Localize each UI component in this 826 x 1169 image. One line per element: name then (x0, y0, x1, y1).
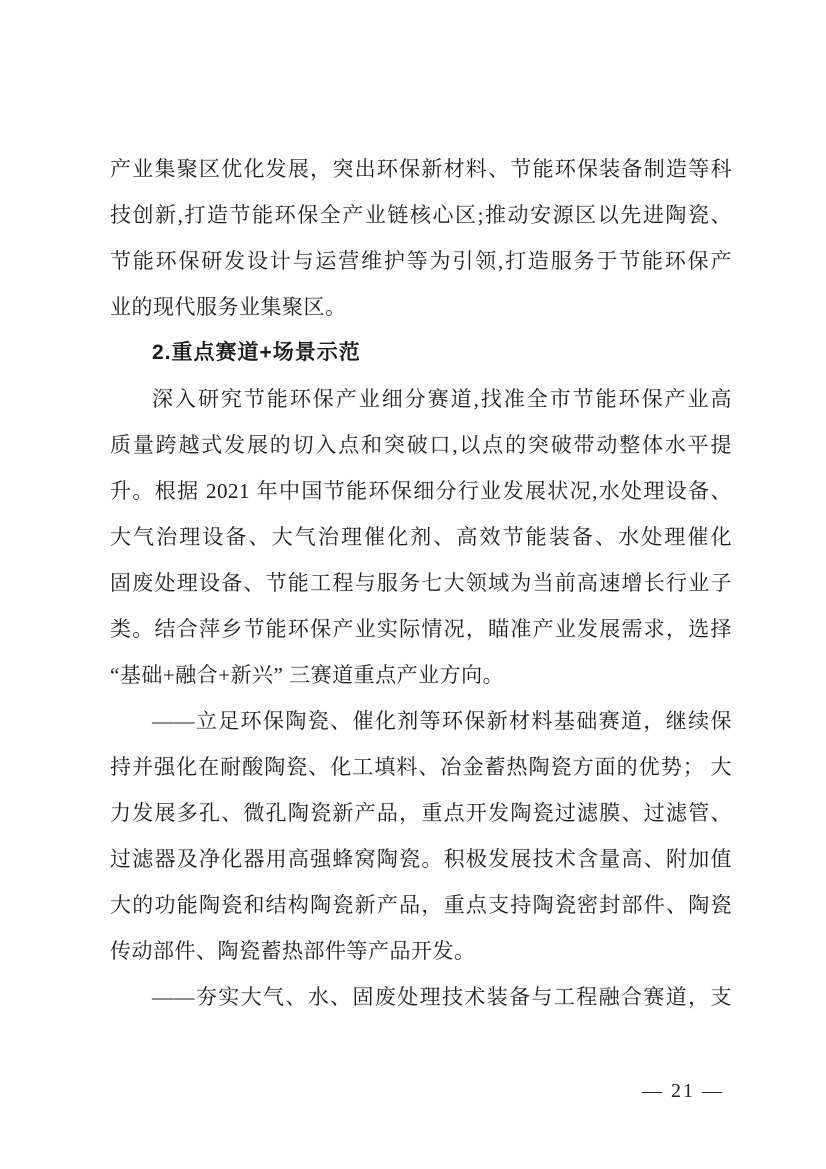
paragraph4-line-1: ——夯实大气、水、固废处理技术装备与工程融合赛道，支 (110, 974, 732, 1020)
page-number: — 21 — (642, 1080, 724, 1103)
paragraph2-line-2: 质量跨越式发展的切入点和突破口,以点的突破带动整体水平提 (110, 422, 732, 468)
paragraph2-line-3: 升。根据 2021 年中国节能环保细分行业发展状况,水处理设备、 (110, 468, 732, 514)
paragraph3-line-4: 过滤器及净化器用高强蜂窝陶瓷。积极发展技术含量高、附加值 (110, 836, 732, 882)
paragraph2-line-1: 深入研究节能环保产业细分赛道,找准全市节能环保产业高 (110, 376, 732, 422)
paragraph3-line-5: 大的功能陶瓷和结构陶瓷新产品，重点支持陶瓷密封部件、陶瓷 (110, 882, 732, 928)
body-text: 产业集聚区优化发展，突出环保新材料、节能环保装备制造等科 技创新,打造节能环保全… (110, 146, 732, 1020)
paragraph3-line-2: 持并强化在耐酸陶瓷、化工填料、冶金蓄热陶瓷方面的优势； 大 (110, 744, 732, 790)
document-page: 产业集聚区优化发展，突出环保新材料、节能环保装备制造等科 技创新,打造节能环保全… (0, 0, 826, 1169)
paragraph2-line-4: 大气治理设备、大气治理催化剂、高效节能装备、水处理催化剂、 (110, 514, 732, 560)
paragraph3-line-6: 传动部件、陶瓷蓄热部件等产品开发。 (110, 928, 732, 974)
paragraph1-line-2: 技创新,打造节能环保全产业链核心区;推动安源区以先进陶瓷、 (110, 192, 732, 238)
paragraph1-line-1: 产业集聚区优化发展，突出环保新材料、节能环保装备制造等科 (110, 146, 732, 192)
paragraph3-line-3: 力发展多孔、微孔陶瓷新产品，重点开发陶瓷过滤膜、过滤管、 (110, 790, 732, 836)
paragraph2-line-7: “基础+融合+新兴” 三赛道重点产业方向。 (110, 652, 732, 698)
paragraph2-line-6: 类。结合萍乡节能环保产业实际情况，瞄准产业发展需求，选择 (110, 606, 732, 652)
paragraph1-line-3: 节能环保研发设计与运营维护等为引领,打造服务于节能环保产 (110, 238, 732, 284)
section-heading: 2.重点赛道+场景示范 (110, 330, 732, 376)
paragraph1-line-4: 业的现代服务业集聚区。 (110, 284, 732, 330)
paragraph3-line-1: ——立足环保陶瓷、催化剂等环保新材料基础赛道，继续保 (110, 698, 732, 744)
paragraph2-line-5: 固废处理设备、节能工程与服务七大领域为当前高速增长行业子 (110, 560, 732, 606)
